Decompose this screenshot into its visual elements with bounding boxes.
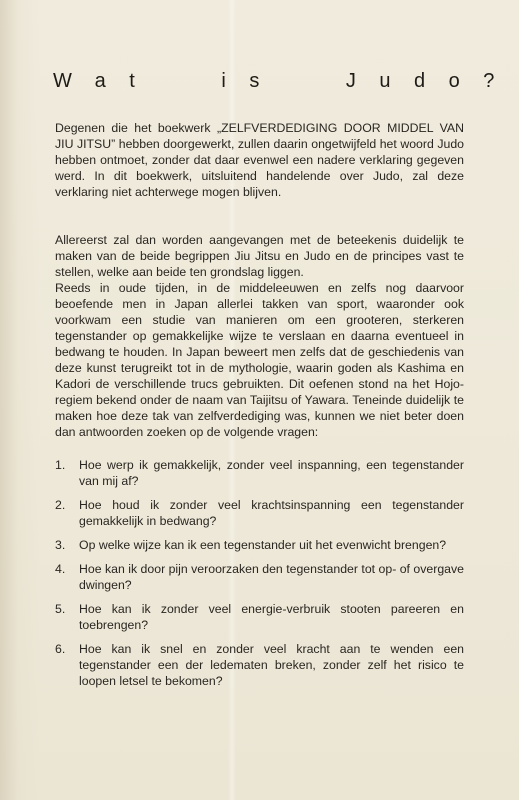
question-number: 3. — [55, 537, 79, 553]
question-number: 1. — [55, 457, 79, 489]
question-number: 5. — [55, 601, 79, 633]
question-item: 4. Hoe kan ik door pijn veroorzaken den … — [55, 561, 464, 593]
intro-paragraph: Degenen die het boekwerk „ZELFVERDEDIGIN… — [55, 120, 464, 200]
question-text: Hoe kan ik zonder veel energie-verbruik … — [79, 601, 464, 633]
history-paragraph: Reeds in oude tijden, in de middeleeuwen… — [55, 280, 464, 440]
question-number: 4. — [55, 561, 79, 593]
question-text: Hoe houd ik zonder veel krachtsinspannin… — [79, 497, 464, 529]
question-text: Hoe werp ik gemakkelijk, zonder veel ins… — [79, 457, 464, 489]
question-text: Hoe kan ik snel en zonder veel kracht aa… — [79, 641, 464, 689]
question-number: 6. — [55, 641, 79, 689]
question-text: Op welke wijze kan ik een tegenstander u… — [79, 537, 464, 553]
question-item: 1. Hoe werp ik gemakkelijk, zonder veel … — [55, 457, 464, 489]
book-page: Wat is Judo? Degenen die het boekwerk „Z… — [0, 0, 519, 800]
purpose-paragraph: Allereerst zal dan worden aangevangen me… — [55, 232, 464, 280]
question-text: Hoe kan ik door pijn veroorzaken den teg… — [79, 561, 464, 593]
question-number: 2. — [55, 497, 79, 529]
questions-list: 1. Hoe werp ik gemakkelijk, zonder veel … — [55, 457, 464, 697]
page-title: Wat is Judo? — [53, 70, 518, 93]
question-item: 6. Hoe kan ik snel en zonder veel kracht… — [55, 641, 464, 689]
question-item: 5. Hoe kan ik zonder veel energie-verbru… — [55, 601, 464, 633]
question-item: 2. Hoe houd ik zonder veel krachtsinspan… — [55, 497, 464, 529]
question-item: 3. Op welke wijze kan ik een tegenstande… — [55, 537, 464, 553]
